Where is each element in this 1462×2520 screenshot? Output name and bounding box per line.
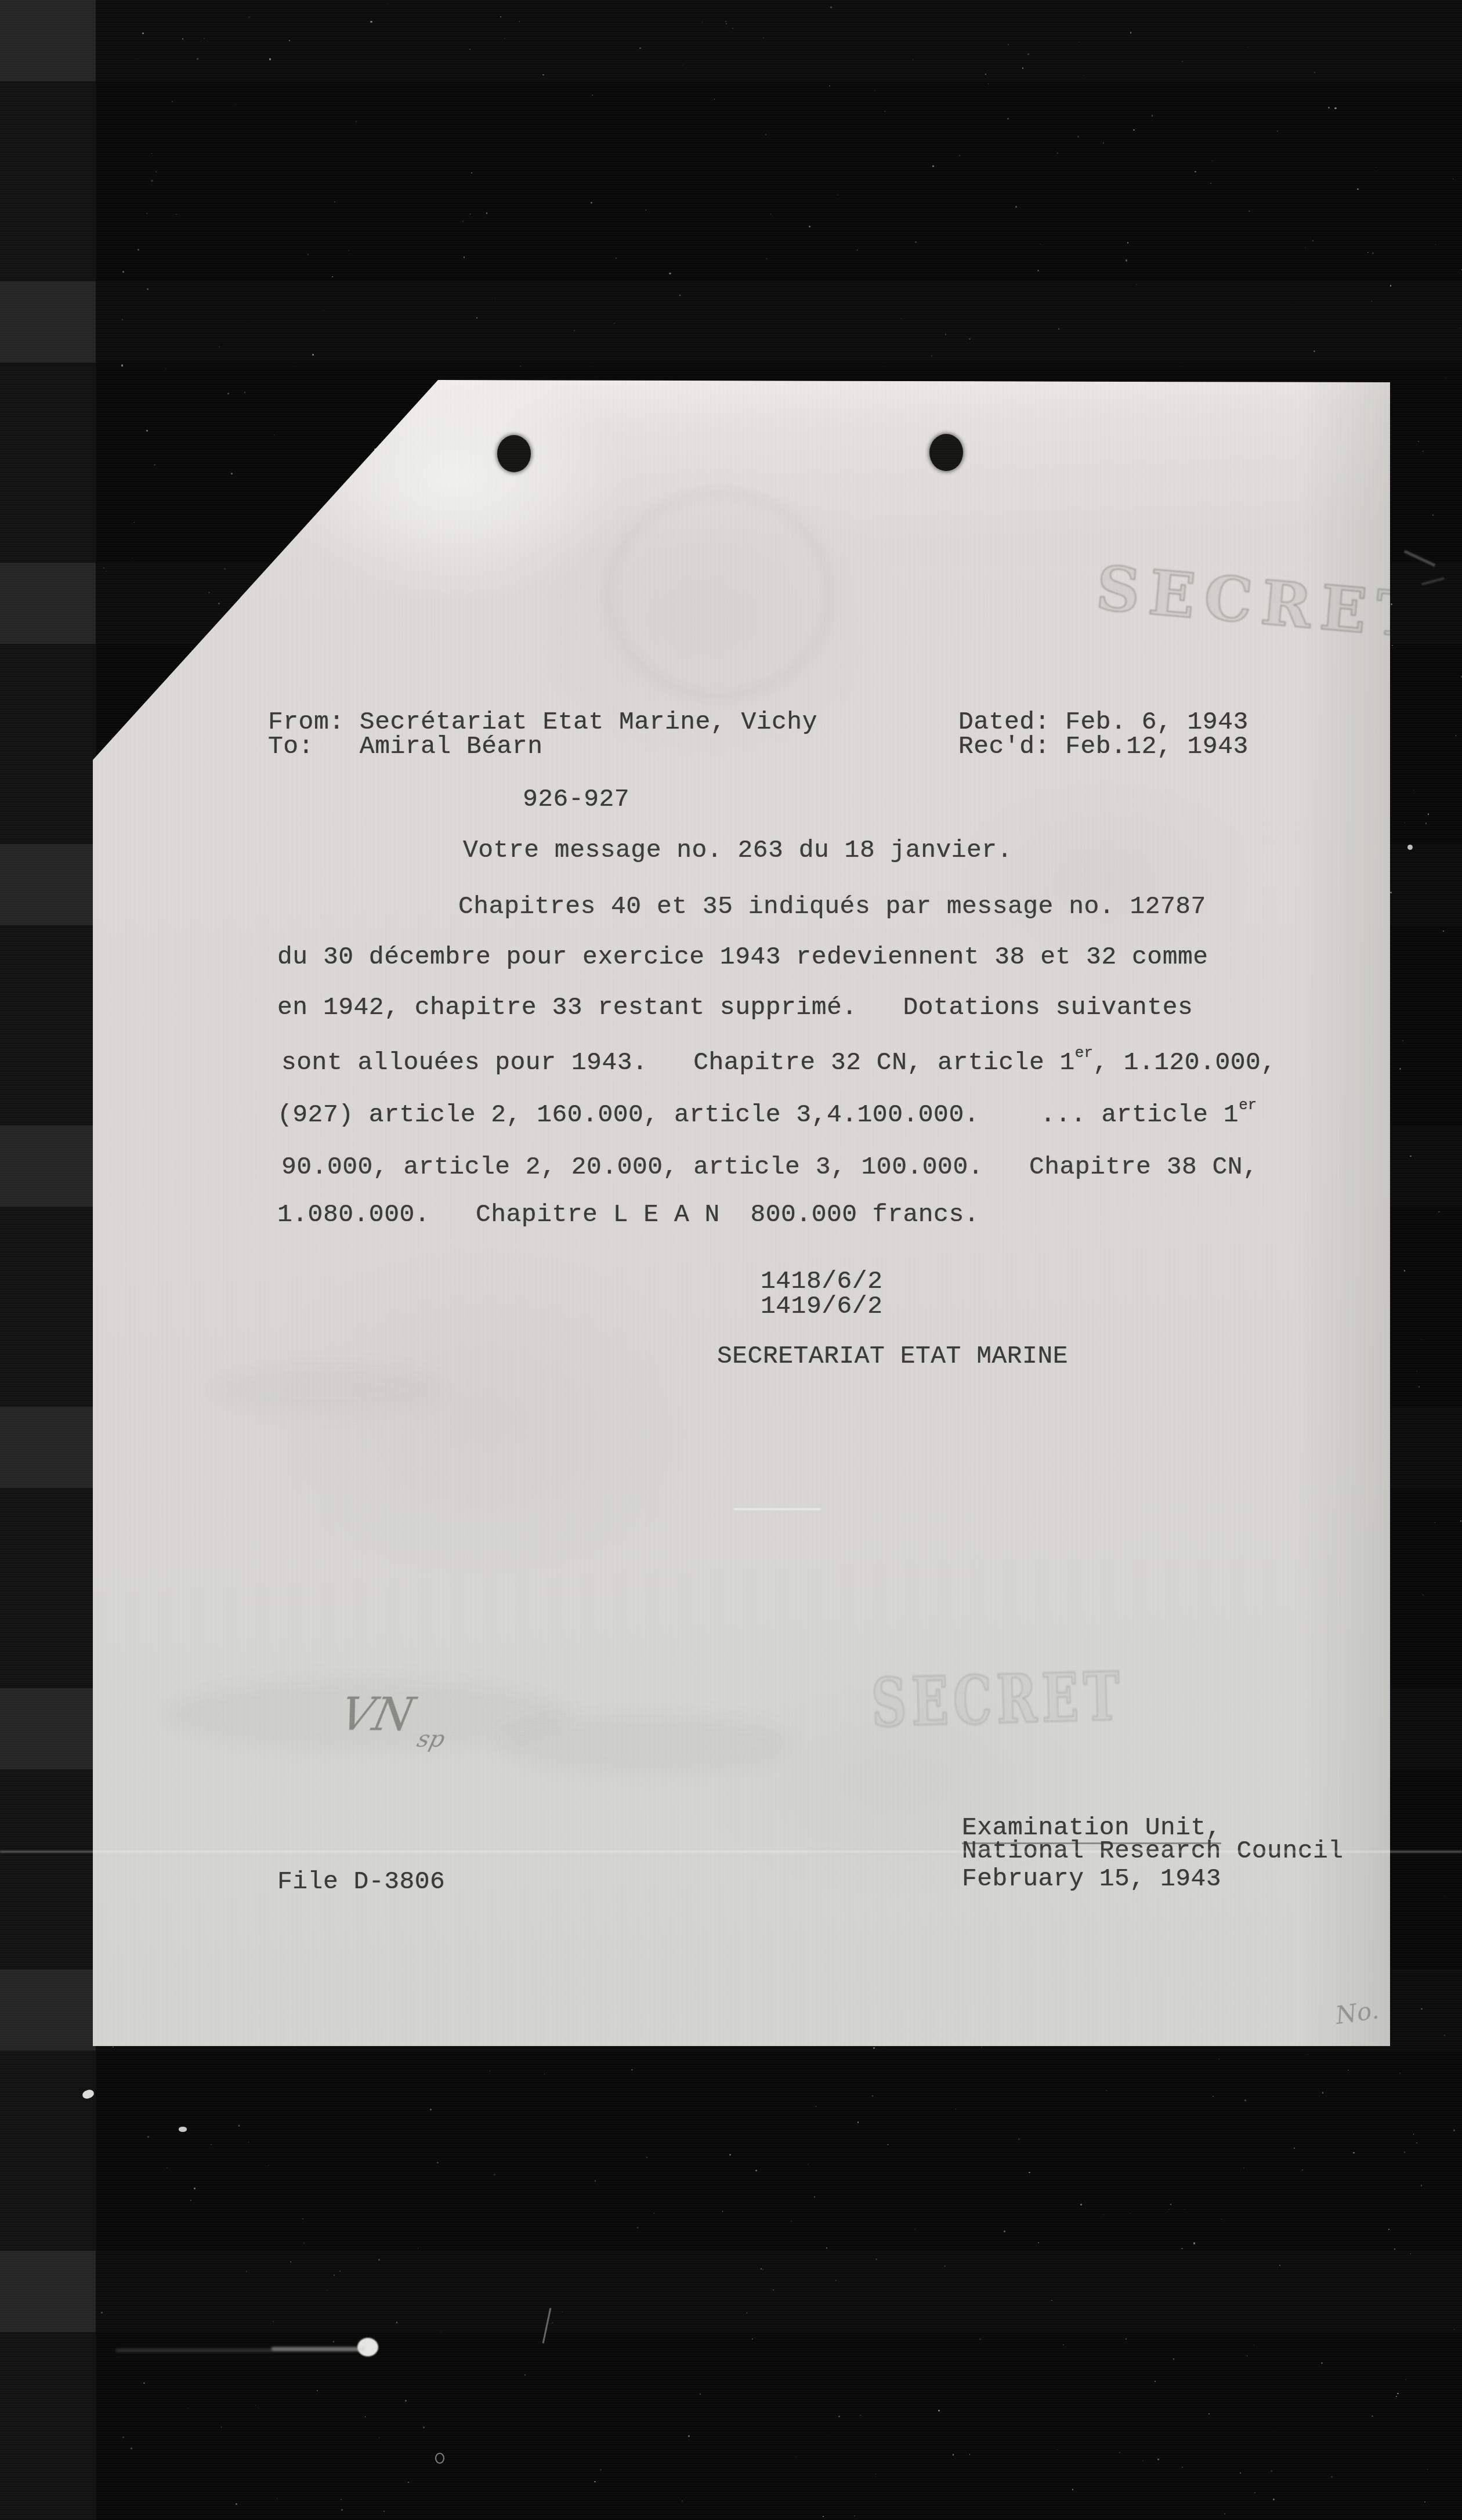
routing-number: 1418/6/2	[761, 1268, 882, 1295]
line-text: (927) article 2, 160.000, article 3,4.10…	[277, 1100, 1239, 1129]
received-line: Rec'd: Feb.12, 1943	[958, 733, 1249, 760]
document-paper: SECRET SECRET From: Secrétariat Etat Mar…	[93, 380, 1390, 2046]
file-number-line: File D-3806	[277, 1869, 445, 1895]
line-text: sont allouées pour 1943. Chapitre 32 CN,…	[281, 1048, 1075, 1077]
reference-line: Votre message no. 263 du 18 janvier.	[463, 837, 1012, 864]
body-line: en 1942, chapitre 33 restant supprimé. D…	[277, 988, 1193, 1021]
pencil-initials: VN	[335, 1689, 419, 1741]
footer-date-line: February 15, 1943	[962, 1866, 1221, 1892]
body-line: 90.000, article 2, 20.000, article 3, 10…	[281, 1147, 1258, 1181]
line-text: , 1.120.000,	[1093, 1048, 1276, 1077]
message-number: 926-927	[523, 786, 629, 813]
pencil-small-mark: sp	[414, 1726, 448, 1753]
ghost-print-smudge	[499, 1714, 789, 1772]
line-superscript: er	[1239, 1096, 1257, 1114]
signature-line: SECRETARIAT ETAT MARINE	[717, 1343, 1068, 1370]
body-line: sont allouées pour 1943. Chapitre 32 CN,…	[281, 1043, 1276, 1076]
routing-number: 1419/6/2	[761, 1293, 882, 1320]
secret-stamp-lower: SECRET	[870, 1657, 1125, 1741]
line-text: 90.000, article 2, 20.000, article 3, 10…	[281, 1153, 1258, 1181]
scanner-left-band	[0, 0, 96, 2520]
corner-pencil-mark: No.	[1334, 1996, 1381, 2030]
faint-round-stamp-ghost	[606, 490, 833, 699]
punch-hole-right	[929, 434, 963, 471]
scanned-document-page: SECRET SECRET From: Secrétariat Etat Mar…	[0, 0, 1462, 2520]
ghost-print-smudge	[209, 1366, 441, 1413]
secret-stamp-top: SECRET	[1094, 552, 1433, 653]
line-superscript: er	[1075, 1044, 1093, 1062]
council-line: National Research Council	[962, 1838, 1344, 1864]
line-text: du 30 décembre pour exercice 1943 redevi…	[277, 943, 1208, 971]
line-text: 1.080.000. Chapitre L E A N 800.000 fran…	[277, 1200, 979, 1229]
line-text: Chapitres 40 et 35 indiqués par message …	[458, 892, 1206, 921]
body-line: 1.080.000. Chapitre L E A N 800.000 fran…	[277, 1195, 979, 1228]
body-line: du 30 décembre pour exercice 1943 redevi…	[277, 937, 1208, 971]
line-text: en 1942, chapitre 33 restant supprimé. D…	[277, 993, 1193, 1022]
paper-scratch	[734, 1508, 821, 1510]
body-line: Chapitres 40 et 35 indiqués par message …	[458, 887, 1206, 920]
punch-hole-left	[497, 435, 531, 472]
body-line: (927) article 2, 160.000, article 3,4.10…	[277, 1095, 1257, 1128]
to-line: To: Amiral Béarn	[268, 733, 542, 760]
